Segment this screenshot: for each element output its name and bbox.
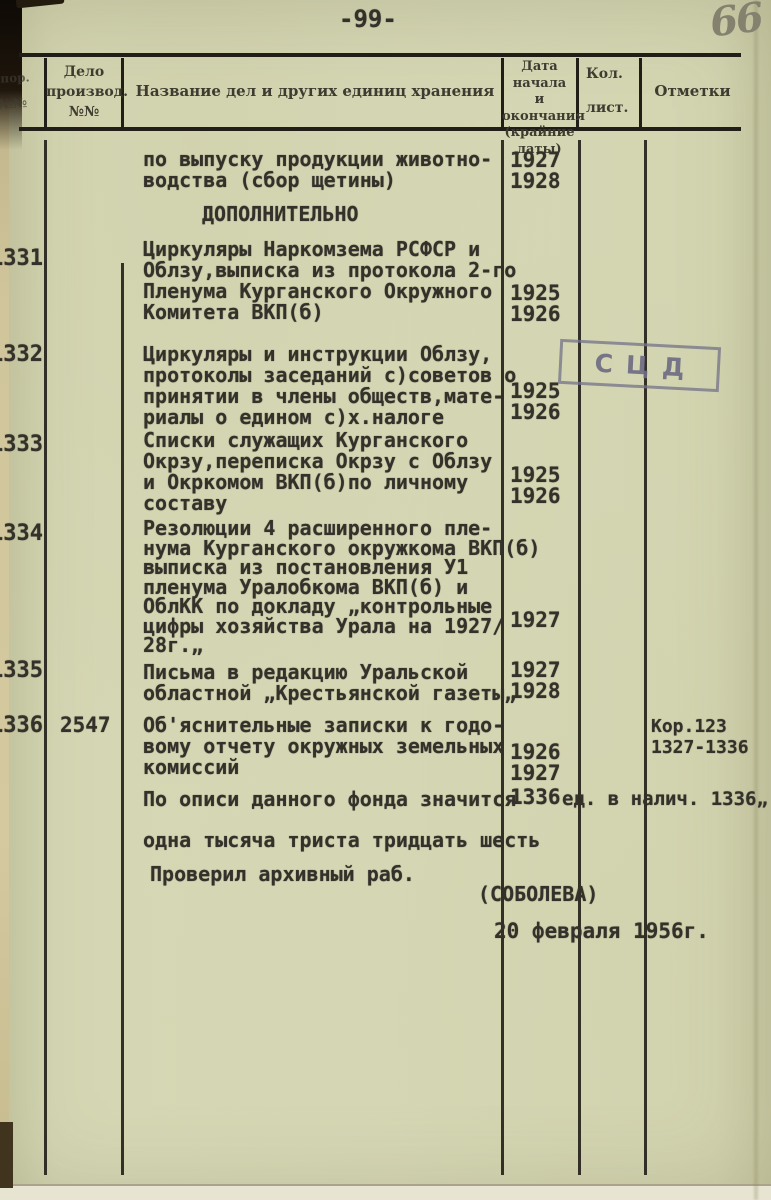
summary-total-in-words: одна тысяча триста тридцать шесть <box>143 830 540 851</box>
entry-dates: 1927 <box>510 610 561 631</box>
entry-title: Списки служащих Курганского Окрзу,перепи… <box>143 430 492 514</box>
entry-title: Резолюции 4 расширенного пле- нума Курга… <box>143 519 540 656</box>
table-header-bottom-rule <box>19 127 741 131</box>
entry-title: Об'яснительные записки к годо- вому отче… <box>143 715 504 778</box>
column-header-order-line2: №№ <box>0 96 34 114</box>
checked-by-line: Проверил архивный раб. <box>150 864 415 885</box>
entry-title: по выпуску продукции животно- водства (с… <box>143 149 492 191</box>
column-header-order-line1: пор. <box>0 70 36 86</box>
entry-dates: 1925 1926 <box>510 283 561 325</box>
entry-order-number: 1332 <box>0 344 43 365</box>
entry-order-number: 1333 <box>0 434 43 455</box>
corner-shadow-bottom-left <box>0 1122 13 1188</box>
column-line-5 <box>644 140 647 1175</box>
summary-available-count: ед. в налич. 1336„ <box>562 789 768 810</box>
entry-order-number: 1334 <box>0 523 43 544</box>
entry-title: Письма в редакцию Уральской областной „К… <box>143 662 516 704</box>
column-line-4 <box>578 140 581 1175</box>
column-header-sheets: Кол. лист. <box>578 66 640 117</box>
entry-notes: Кор.123 1327-1336 <box>651 717 749 758</box>
entry-dates: 1926 1927 <box>510 742 561 784</box>
handwritten-folio-number: 66 <box>707 0 771 46</box>
entry-dates: 1925 1926 <box>510 381 561 423</box>
typed-page-number: -99- <box>339 9 397 30</box>
column-header-delo: Дело производ. №№ <box>46 62 122 122</box>
table-top-rule <box>19 53 741 57</box>
summary-total-count: 1336 <box>510 787 561 808</box>
summary-total-line: По описи данного фонда значится <box>143 789 516 810</box>
scan-mark-top <box>16 0 65 8</box>
column-header-title: Название дел и других единиц хранения <box>130 82 500 100</box>
entry-title: Циркуляры Наркомзема РСФСР и Облзу,выпис… <box>143 239 516 323</box>
entry-order-number: 1336 <box>0 715 43 736</box>
entry-dates: 1927 1928 <box>510 660 561 702</box>
paper-crease <box>754 0 758 1200</box>
entry-delo-number: 2547 <box>60 715 111 736</box>
column-header-dates: Дата начала и окончания (крайние даты) <box>502 59 577 158</box>
column-header-notes: Отметки <box>644 82 741 100</box>
column-line-2 <box>121 263 124 1175</box>
signature-date: 20 февраля 1956г. <box>494 921 709 942</box>
column-line-1 <box>44 140 47 1175</box>
entry-dates: 1925 1926 <box>510 465 561 507</box>
section-heading: ДОПОЛНИТЕЛЬНО <box>202 204 359 225</box>
document-page: -99- 66 пор. №№ Дело производ. №№ Назван… <box>0 0 771 1200</box>
page-edge-shadow <box>7 0 17 1200</box>
page-bottom-edge <box>0 1184 771 1200</box>
signature-name: (СОБОЛЕВА) <box>478 884 598 905</box>
entry-order-number: 1331 <box>0 248 43 269</box>
entry-order-number: 1335 <box>0 660 43 681</box>
entry-title: Циркуляры и инструкции Облзу, протоколы … <box>143 344 516 428</box>
entry-dates: 1927 1928 <box>510 150 561 192</box>
archive-stamp: СЦД <box>558 339 721 392</box>
